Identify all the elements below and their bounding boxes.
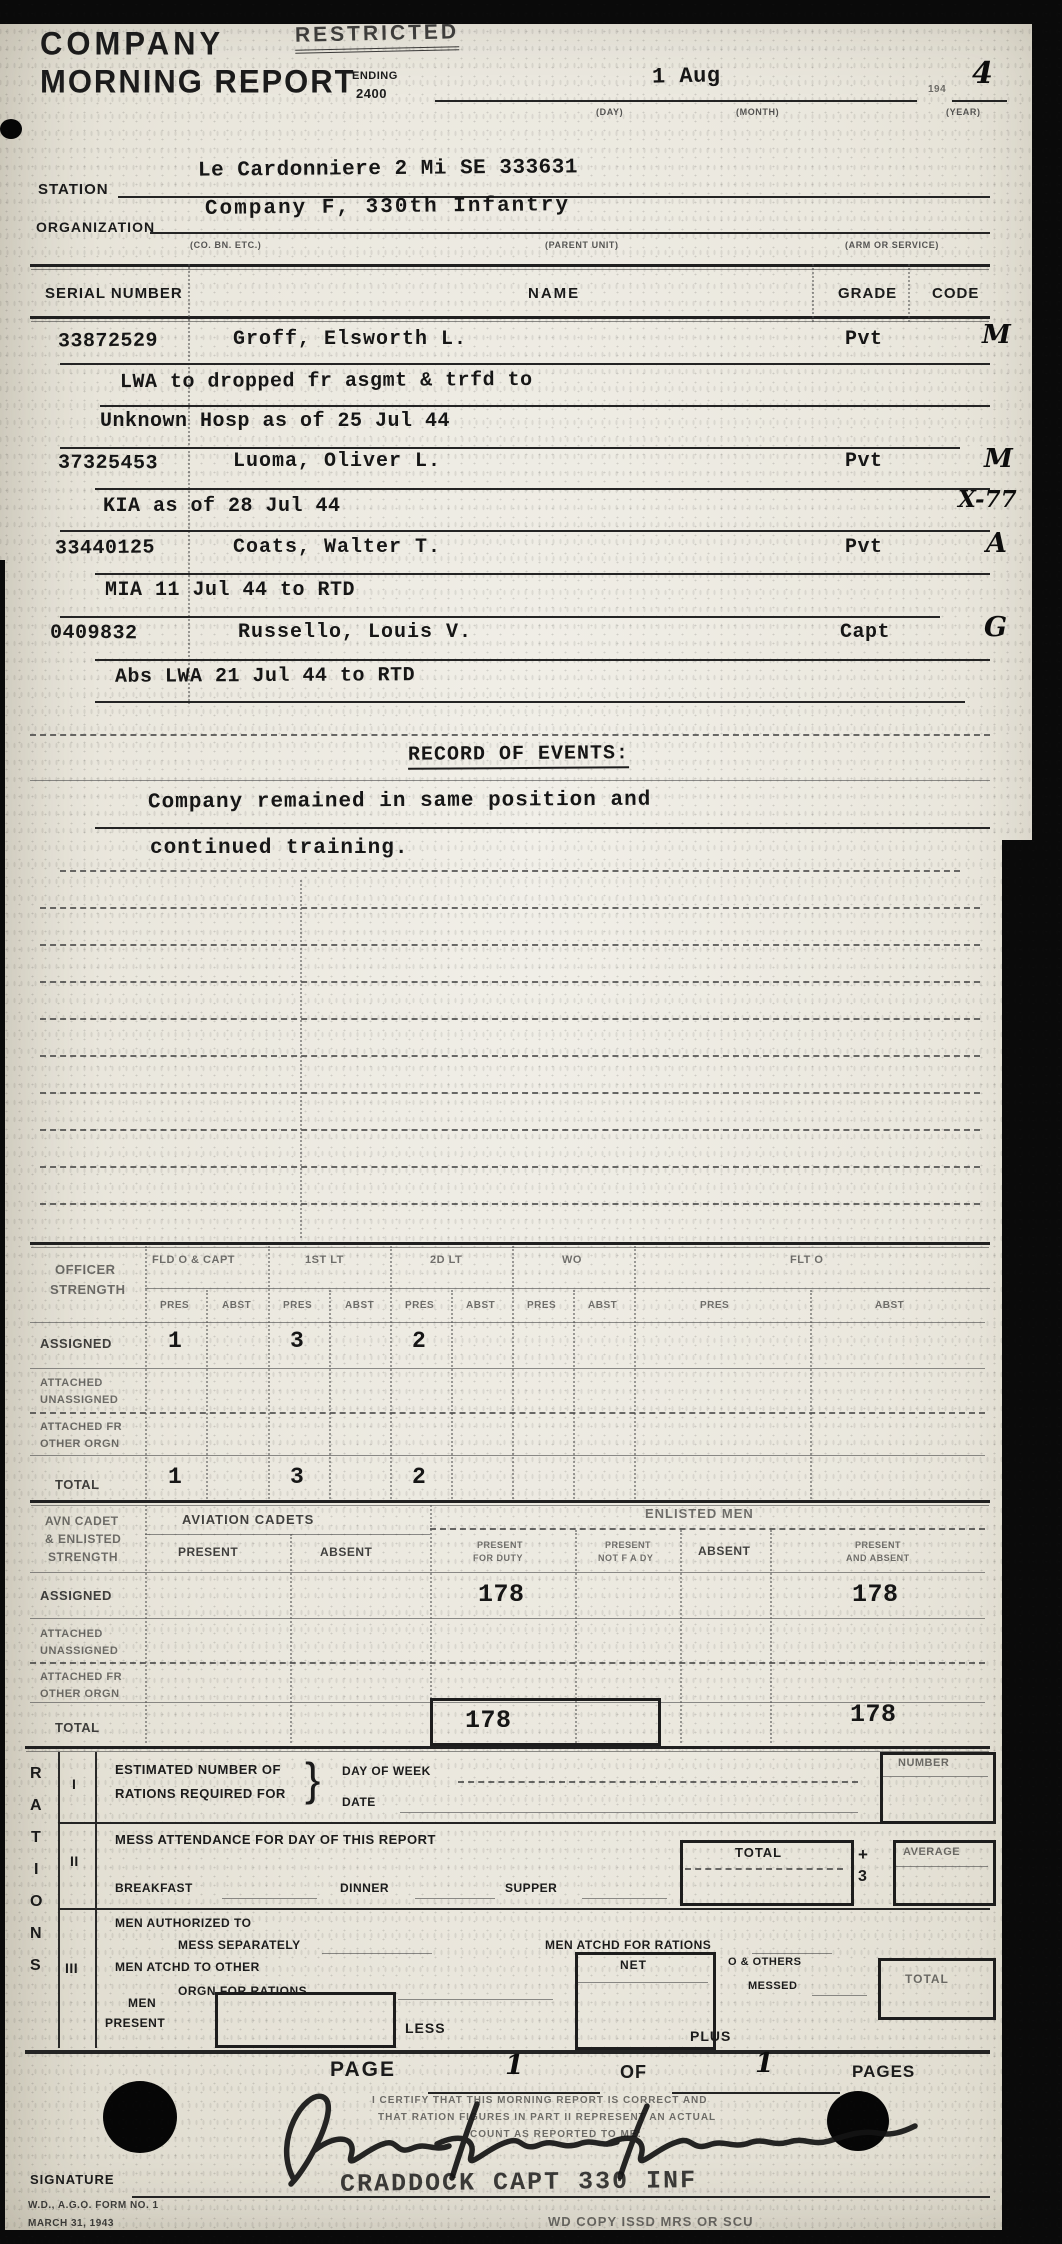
roster-name: Coats, Walter T. xyxy=(233,536,441,559)
events-rule xyxy=(60,870,960,872)
roster-row-rule xyxy=(60,447,960,449)
roster-remark: Unknown Hosp as of 25 Jul 44 xyxy=(100,410,450,433)
roster-row-rule xyxy=(60,530,990,532)
officer-total-fldo: 1 xyxy=(168,1464,182,1490)
rations-letter: N xyxy=(30,1925,42,1943)
signature-handwriting xyxy=(255,2078,945,2196)
mess-total-label: TOTAL xyxy=(735,1845,782,1860)
average-box-label: AVERAGE xyxy=(903,1846,960,1858)
officer-subcol: PRES xyxy=(160,1300,189,1311)
officer-total-1lt: 3 xyxy=(290,1464,304,1490)
officer-row-attfr-2: OTHER ORGN xyxy=(40,1438,120,1450)
officer-subcol: ABST xyxy=(345,1300,374,1311)
col-pnfd-1: PRESENT xyxy=(605,1540,651,1550)
enlisted-rule xyxy=(145,1534,430,1535)
enlisted-total-pa: 178 xyxy=(850,1700,897,1729)
less-label: LESS xyxy=(405,2020,446,2036)
enlisted-rule xyxy=(430,1528,985,1530)
officer-group: FLT O xyxy=(790,1254,823,1266)
roster-top-rule xyxy=(30,264,990,267)
mess-separately-1: MEN AUTHORIZED TO xyxy=(115,1916,252,1930)
enlisted-row-attfr-2: OTHER ORGN xyxy=(40,1688,120,1700)
enlisted-grid xyxy=(145,1505,147,1743)
rations-est-1: ESTIMATED NUMBER OF xyxy=(115,1762,281,1777)
rations-rule xyxy=(415,1898,495,1899)
enlisted-rule xyxy=(30,1618,985,1619)
others-messed-2: MESSED xyxy=(748,1980,797,1992)
officer-grid xyxy=(268,1246,270,1502)
officer-row-attached-2: UNASSIGNED xyxy=(40,1394,118,1406)
rations-rule xyxy=(322,1953,432,1954)
men-present-1: MEN xyxy=(128,1996,156,2010)
enlisted-assigned-pa: 178 xyxy=(852,1580,899,1609)
men-present-2: PRESENT xyxy=(105,2016,165,2030)
date-rule xyxy=(435,100,917,102)
roster-remark: LWA to dropped fr asgmt & trfd to xyxy=(120,369,533,394)
rations-day-of-week: DAY OF WEEK xyxy=(342,1764,431,1778)
rations-grid xyxy=(58,1752,60,2048)
signature-label: SIGNATURE xyxy=(30,2172,115,2187)
station-value: Le Cardonniere 2 Mi SE 333631 xyxy=(198,156,578,182)
scan-border-top xyxy=(0,0,1062,24)
roster-code-handwritten: G xyxy=(984,612,1007,643)
events-rule xyxy=(95,827,990,829)
margin-dot xyxy=(0,119,22,139)
officer-bottom-rule xyxy=(30,1500,990,1503)
roster-remark: MIA 11 Jul 44 to RTD xyxy=(105,579,355,602)
col-pnfd-2: NOT F A DY xyxy=(598,1553,653,1563)
roster-row-rule xyxy=(60,616,940,618)
rations-total-label: TOTAL xyxy=(905,1972,949,1986)
rations-divider xyxy=(58,1822,990,1824)
men-present-box xyxy=(215,1992,396,2048)
officer-rule xyxy=(30,1455,985,1456)
roster-serial: 33440125 xyxy=(55,537,155,561)
form-date: MARCH 31, 1943 xyxy=(28,2218,114,2229)
roster-name: Luoma, Oliver L. xyxy=(233,450,441,473)
roster-name: Russello, Louis V. xyxy=(238,621,472,644)
rations-letter: I xyxy=(34,1861,39,1879)
officer-total-2lt: 2 xyxy=(412,1464,426,1490)
rations-rule xyxy=(812,1995,867,1996)
officer-grid xyxy=(390,1246,392,1502)
rations-total-box xyxy=(878,1958,996,2020)
enlisted-label-3: STRENGTH xyxy=(48,1550,118,1564)
enlisted-row-attached-2: UNASSIGNED xyxy=(40,1645,118,1657)
ending-time: 2400 xyxy=(356,86,387,101)
scan-border-right xyxy=(1032,0,1062,840)
blank-rule xyxy=(40,1018,980,1020)
blank-rule xyxy=(40,1092,980,1094)
enlisted-row-assigned: ASSIGNED xyxy=(40,1588,112,1603)
officer-subcol: ABST xyxy=(588,1300,617,1311)
officer-row-attached-1: ATTACHED xyxy=(40,1377,103,1389)
roster-col-serial: SERIAL NUMBER xyxy=(45,285,183,302)
officer-top-rule xyxy=(30,1242,990,1245)
blank-rule xyxy=(40,1055,980,1057)
scan-border-bottom xyxy=(0,2230,1062,2244)
organization-value: Company F, 330th Infantry xyxy=(205,194,570,221)
org-sublabel-parent: (PARENT UNIT) xyxy=(545,240,619,250)
officer-group: 1ST LT xyxy=(305,1254,344,1266)
blank-rule xyxy=(40,944,980,946)
rations-numeral-2: II xyxy=(70,1853,79,1869)
blank-rule xyxy=(40,1129,980,1131)
roster-grade: Pvt xyxy=(845,450,883,473)
rations-rule xyxy=(398,1999,553,2000)
form-title-line1: COMPANY xyxy=(40,25,224,63)
officer-group: FLD O & CAPT xyxy=(152,1254,235,1266)
enlisted-bottom-rule xyxy=(25,1746,990,1749)
net-box-label: NET xyxy=(620,1958,647,1972)
enlisted-label-2: & ENLISTED xyxy=(45,1532,121,1546)
roster-row-rule xyxy=(60,363,990,365)
roster-code-handwritten: M xyxy=(984,444,1013,474)
roster-name: Groff, Elsworth L. xyxy=(233,328,467,351)
roster-divider xyxy=(188,264,190,704)
col-pfd-2: FOR DUTY xyxy=(473,1553,523,1563)
officer-rule xyxy=(30,1322,985,1323)
enlisted-group-cadets: AVIATION CADETS xyxy=(182,1512,314,1527)
rations-grid xyxy=(95,1752,97,2048)
enlisted-assigned-pfd: 178 xyxy=(478,1580,525,1609)
officer-assigned-fldo: 1 xyxy=(168,1328,182,1354)
blank-rule xyxy=(40,1203,980,1205)
roster-col-grade: GRADE xyxy=(838,285,897,302)
roster-code-handwritten: M xyxy=(982,320,1011,350)
enlisted-row-total: TOTAL xyxy=(55,1720,100,1735)
page-number-handwritten: 1 xyxy=(505,2050,524,2081)
rations-rule xyxy=(458,1781,858,1783)
blank-divider xyxy=(300,880,302,1238)
number-box-label: NUMBER xyxy=(898,1757,949,1769)
rations-rule xyxy=(222,1898,317,1899)
officer-row-attfr-1: ATTACHED FR xyxy=(40,1421,122,1433)
pages-number-handwritten: 1 xyxy=(755,2048,774,2079)
rations-numeral-3: III xyxy=(65,1960,78,1976)
others-messed-1: O & OTHERS xyxy=(728,1956,801,1968)
plus-label: PLUS xyxy=(690,2028,731,2044)
roster-header-rule xyxy=(30,316,990,319)
enlisted-rule xyxy=(30,1662,985,1664)
roster-serial: 33872529 xyxy=(58,330,158,354)
enlisted-row-attached-1: ATTACHED xyxy=(40,1628,103,1640)
officer-rule xyxy=(30,1412,985,1414)
officer-row-total: TOTAL xyxy=(55,1477,100,1492)
org-sublabel-co: (CO. BN. ETC.) xyxy=(190,240,261,250)
rations-date: DATE xyxy=(342,1795,376,1809)
roster-grade: Pvt xyxy=(845,328,883,351)
form-title-line2: MORNING REPORT xyxy=(40,63,356,101)
roster-col-code: CODE xyxy=(932,285,979,302)
officer-label-2: STRENGTH xyxy=(50,1282,126,1297)
enlisted-rule xyxy=(30,1572,985,1573)
officer-assigned-1lt: 3 xyxy=(290,1328,304,1354)
copy-note: WD COPY ISSD MRS OR SCU xyxy=(548,2214,754,2229)
officer-group: 2D LT xyxy=(430,1254,462,1266)
year-prefix: 194 xyxy=(928,84,946,95)
enlisted-total-pfd: 178 xyxy=(465,1706,512,1735)
divide-sign: + xyxy=(858,1845,868,1865)
officer-subcol: PRES xyxy=(700,1300,729,1311)
rations-letter: A xyxy=(30,1797,42,1815)
roster-row-rule xyxy=(100,405,990,407)
scan-border-left xyxy=(0,560,5,2244)
officer-subcol: ABST xyxy=(875,1300,904,1311)
officer-assigned-2lt: 2 xyxy=(412,1328,426,1354)
rations-rule xyxy=(582,1898,667,1899)
organization-label: ORGANIZATION xyxy=(36,219,155,235)
roster-code-handwritten: X-77 xyxy=(958,486,1017,513)
col-pa-2: AND ABSENT xyxy=(846,1553,910,1563)
roster-grade: Pvt xyxy=(845,536,883,559)
rations-numeral-1: I xyxy=(72,1776,76,1792)
supper-label: SUPPER xyxy=(505,1881,557,1895)
cadets-present: PRESENT xyxy=(178,1545,238,1559)
year-handwritten: 4 xyxy=(972,56,993,91)
roster-row-rule xyxy=(95,701,965,703)
officer-group: WO xyxy=(562,1254,582,1266)
roster-grade: Capt xyxy=(840,621,890,644)
col-absent: ABSENT xyxy=(698,1544,750,1558)
rations-rule xyxy=(400,1812,858,1813)
roster-row-rule xyxy=(95,573,990,575)
rations-letter: O xyxy=(30,1893,43,1911)
roster-serial: 37325453 xyxy=(58,452,158,476)
blank-rule xyxy=(40,981,980,983)
officer-rule xyxy=(30,1368,985,1369)
roster-col-name: NAME xyxy=(528,285,580,302)
year-sublabel: (YEAR) xyxy=(946,107,981,117)
organization-rule xyxy=(150,232,990,234)
blank-rule xyxy=(40,1166,980,1168)
brace-glyph: } xyxy=(305,1752,321,1806)
men-atchd-other-1: MEN ATCHD TO OTHER xyxy=(115,1960,260,1974)
officer-rule xyxy=(145,1288,990,1289)
classification-stamp: RESTRICTED xyxy=(295,20,460,53)
events-rule xyxy=(30,780,990,781)
org-sublabel-arm: (ARM OR SERVICE) xyxy=(845,240,939,250)
enlisted-row-attfr-1: ATTACHED FR xyxy=(40,1671,122,1683)
roster-remark: KIA as of 28 Jul 44 xyxy=(103,495,341,518)
roster-row-rule xyxy=(95,488,990,490)
col-pfd-1: PRESENT xyxy=(477,1540,523,1550)
rations-letter: T xyxy=(31,1829,41,1847)
officer-subcol: PRES xyxy=(283,1300,312,1311)
mess-separately-2: MESS SEPARATELY xyxy=(178,1938,301,1952)
enlisted-grid xyxy=(680,1530,682,1743)
year-rule xyxy=(952,100,1007,102)
enlisted-grid xyxy=(290,1534,292,1743)
rations-divider xyxy=(58,1908,990,1910)
rations-letter: R xyxy=(30,1765,42,1783)
scan-border-right xyxy=(1002,840,1062,2244)
events-line: Company remained in same position and xyxy=(148,789,651,815)
enlisted-group-enlisted: ENLISTED MEN xyxy=(645,1506,754,1521)
morning-report-scan: RESTRICTED COMPANY MORNING REPORT ENDING… xyxy=(0,0,1062,2244)
rations-est-2: RATIONS REQUIRED FOR xyxy=(115,1786,286,1801)
officer-grid xyxy=(512,1246,514,1502)
day-sublabel: (DAY) xyxy=(596,107,623,117)
punch-hole xyxy=(103,2081,177,2153)
men-atchd-for-rations: MEN ATCHD FOR RATIONS xyxy=(545,1938,711,1952)
rations-letter: S xyxy=(30,1957,41,1975)
officer-grid xyxy=(634,1246,636,1502)
station-label: STATION xyxy=(38,181,109,198)
rations-rule xyxy=(752,1953,832,1954)
roster-divider xyxy=(908,264,910,322)
men-atchd-other-2: ORGN FOR RATIONS xyxy=(178,1984,307,1998)
officer-row-assigned: ASSIGNED xyxy=(40,1336,112,1351)
roster-serial: 0409832 xyxy=(50,622,138,646)
mess-attendance-title: MESS ATTENDANCE FOR DAY OF THIS REPORT xyxy=(115,1832,436,1847)
events-top-rule xyxy=(30,734,990,736)
officer-subcol: ABST xyxy=(466,1300,495,1311)
month-sublabel: (MONTH) xyxy=(736,107,779,117)
col-pa-1: PRESENT xyxy=(855,1540,901,1550)
breakfast-label: BREAKFAST xyxy=(115,1881,193,1895)
dinner-label: DINNER xyxy=(340,1881,389,1895)
officer-subcol: ABST xyxy=(222,1300,251,1311)
divide-three: 3 xyxy=(858,1868,867,1886)
events-title: RECORD OF EVENTS: xyxy=(408,742,629,770)
officer-grid xyxy=(145,1246,147,1502)
form-number: W.D., A.G.O. FORM NO. 1 xyxy=(28,2200,159,2211)
roster-row-rule xyxy=(95,659,990,661)
roster-remark: Abs LWA 21 Jul 44 to RTD xyxy=(115,664,415,689)
cadets-absent: ABSENT xyxy=(320,1545,372,1559)
enlisted-label-1: AVN CADET xyxy=(45,1514,119,1528)
ending-label: ENDING xyxy=(352,70,398,82)
blank-rule xyxy=(40,907,980,909)
roster-divider xyxy=(812,264,814,322)
officer-label-1: OFFICER xyxy=(55,1262,116,1277)
events-line: continued training. xyxy=(150,837,408,860)
report-date: 1 Aug xyxy=(652,63,721,89)
officer-subcol: PRES xyxy=(527,1300,556,1311)
roster-code-handwritten: A xyxy=(986,528,1007,559)
enlisted-grid xyxy=(770,1530,772,1743)
officer-subcol: PRES xyxy=(405,1300,434,1311)
